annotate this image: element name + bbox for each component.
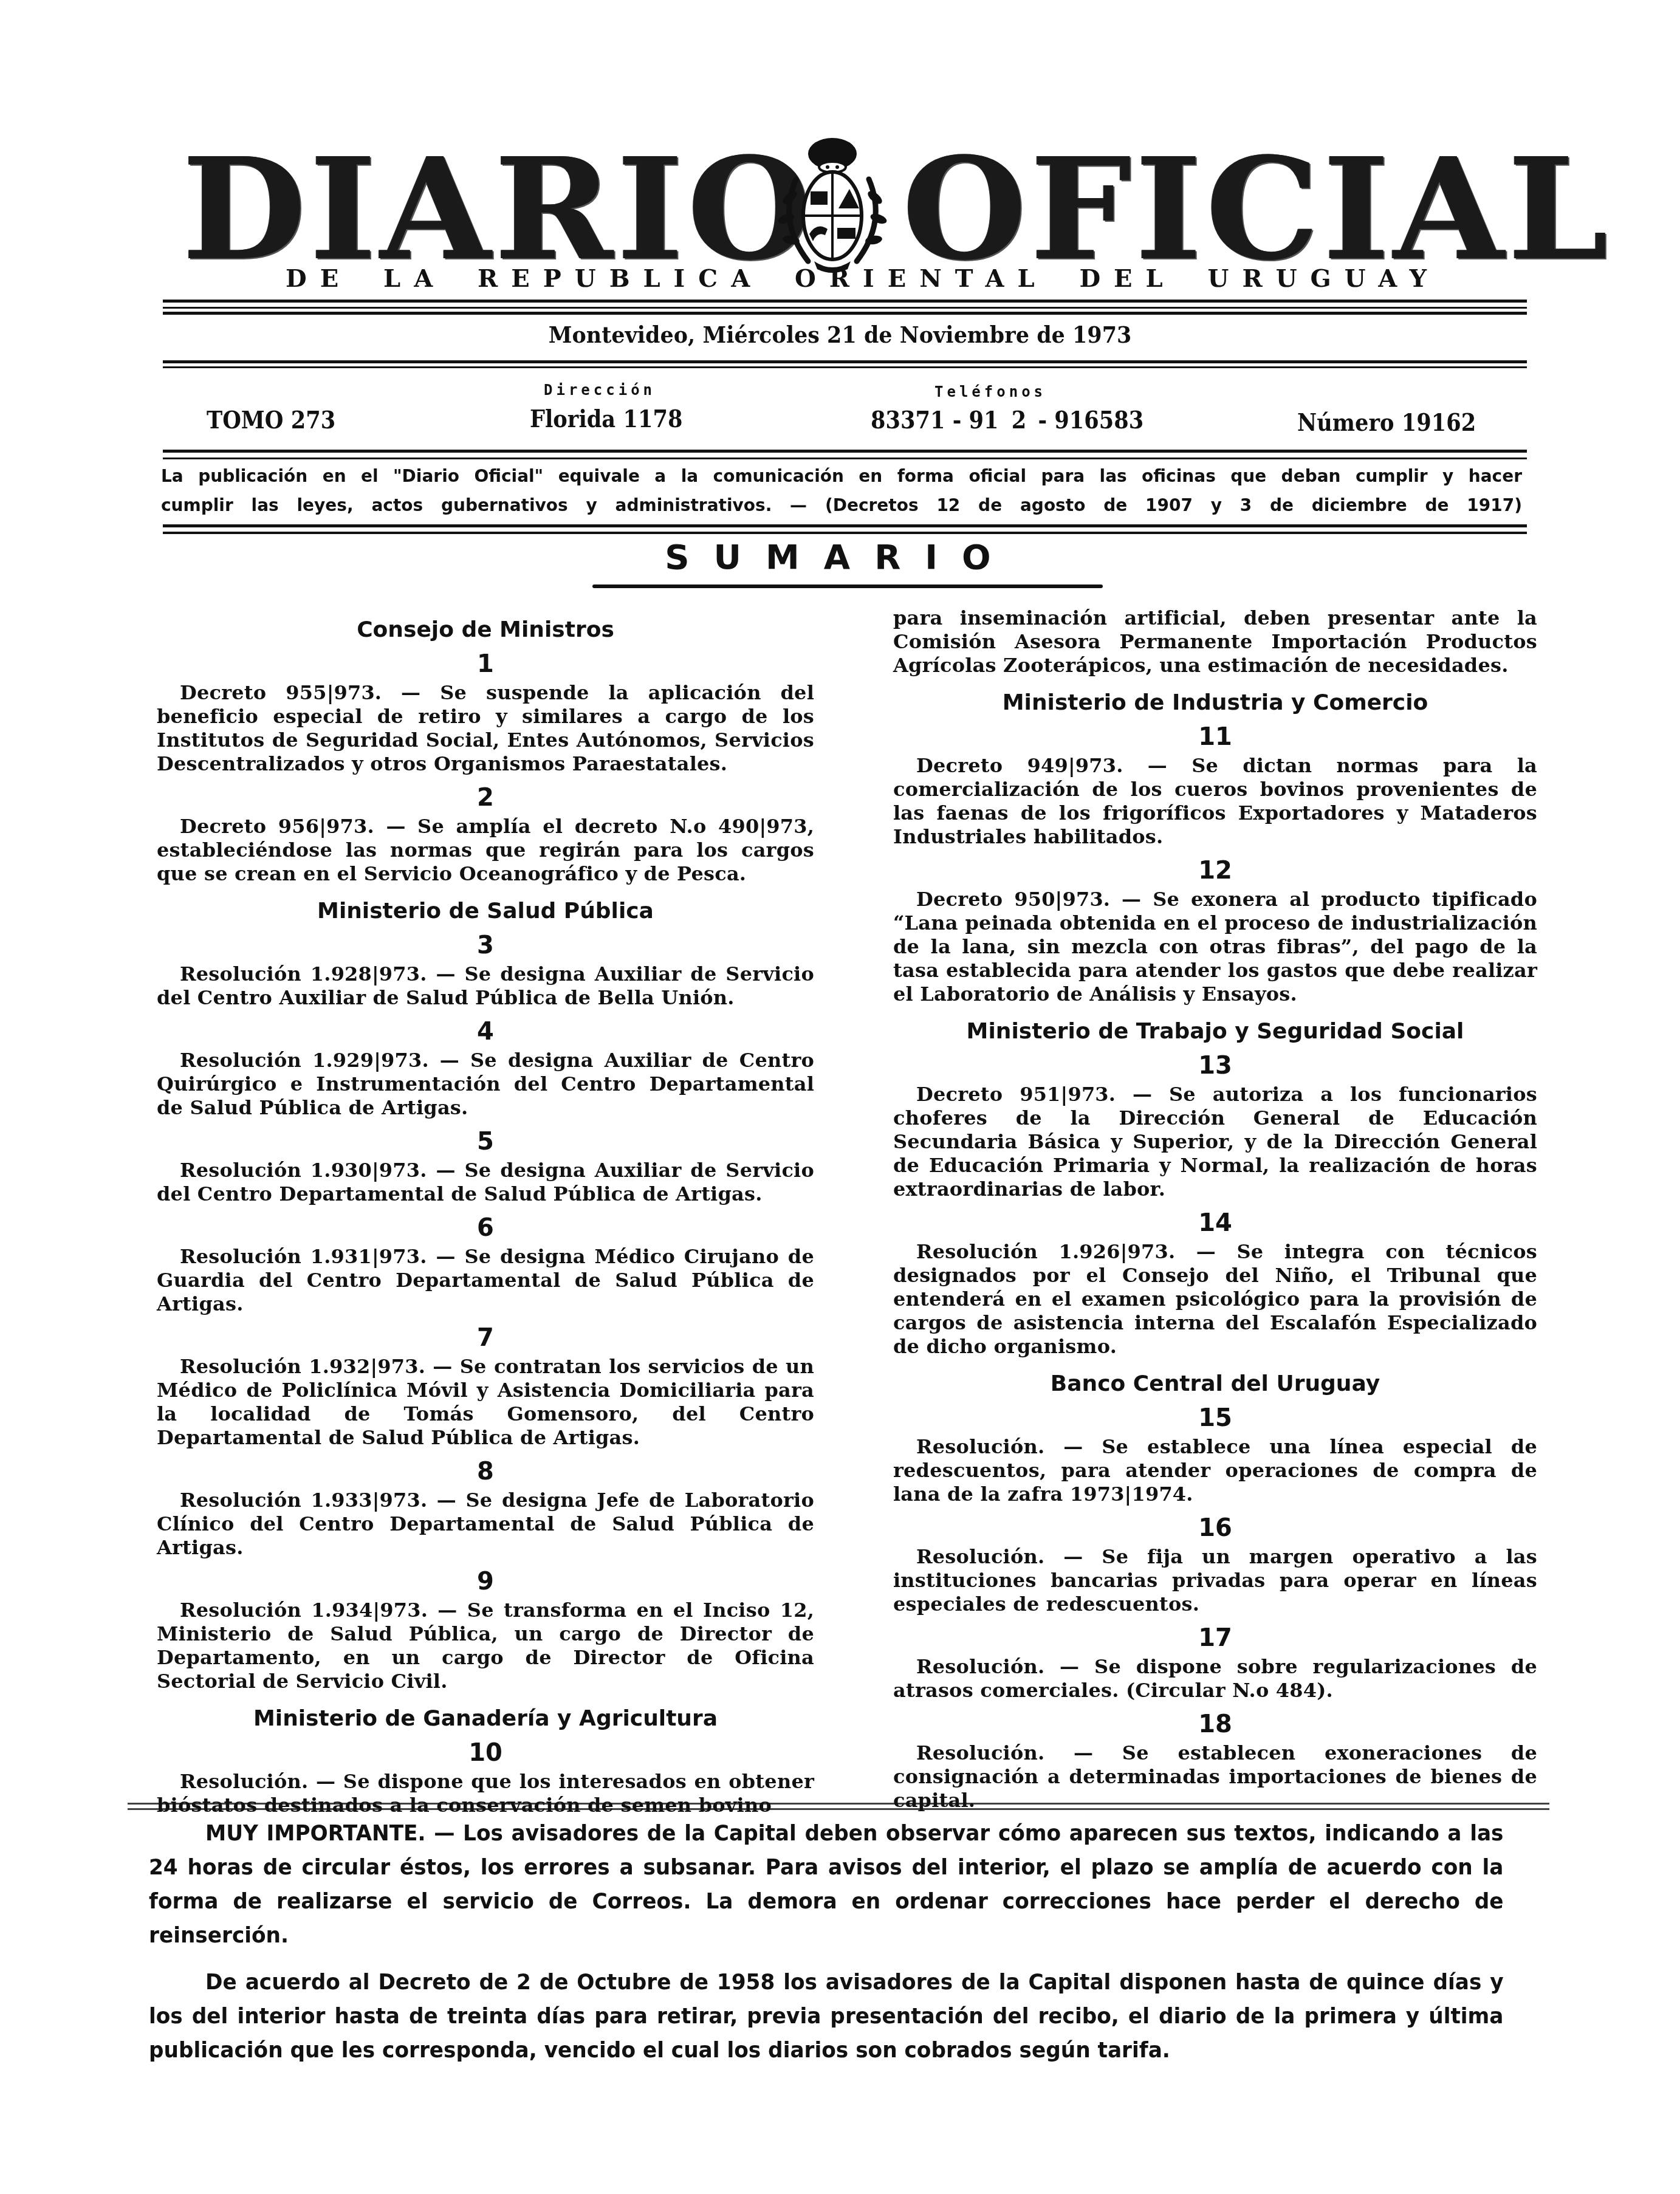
summary-item: Decreto 956|973. — Se amplía el decreto … [157, 815, 814, 886]
summary-underline [592, 584, 1103, 588]
subtitle-word: DEL [1079, 264, 1176, 295]
item-number: 10 [157, 1738, 814, 1767]
summary-item: Decreto 949|973. — Se dictan normas para… [893, 754, 1537, 849]
summary-item-continuation: para inseminación artificial, deben pres… [893, 606, 1537, 677]
divider [163, 366, 1527, 368]
divider [163, 312, 1527, 315]
telefonos-value: 83371 - 91 2 - 916583 [871, 406, 1143, 434]
item-number: 15 [893, 1404, 1537, 1433]
summary-item: Resolución 1.930|973. — Se designa Auxil… [157, 1159, 814, 1206]
subtitle-word: URUGUAY [1208, 264, 1440, 295]
divider [163, 458, 1527, 459]
section-heading: Consejo de Ministros [157, 617, 814, 643]
summary-item: Decreto 951|973. — Se autoriza a los fun… [893, 1083, 1537, 1201]
divider [163, 524, 1527, 527]
item-number: 18 [893, 1710, 1537, 1739]
item-number: 9 [157, 1567, 814, 1596]
summary-item: Decreto 955|973. — Se suspende la aplica… [157, 681, 814, 776]
masthead: DIARIO [182, 131, 1531, 283]
legal-notice-line: cumplir las leyes, actos gubernativos y … [161, 491, 1522, 520]
item-number: 13 [893, 1051, 1537, 1080]
divider [128, 1808, 1549, 1810]
tomo-number: TOMO 273 [207, 406, 335, 434]
item-number: 7 [157, 1323, 814, 1352]
item-number: 16 [893, 1514, 1537, 1543]
divider [163, 532, 1527, 534]
subtitle-word: DE [286, 264, 352, 295]
issue-date: Montevideo, Miércoles 21 de Noviembre de… [67, 321, 1613, 348]
subtitle-word: LA [383, 264, 446, 295]
masthead-title-diario: DIARIO [182, 138, 766, 281]
notice-decreto-1958: De acuerdo al Decreto de 2 de Octubre de… [149, 1966, 1504, 2068]
summary-left-column: Consejo de Ministros1Decreto 955|973. — … [157, 605, 814, 1825]
item-number: 1 [157, 650, 814, 679]
summary-title: SUMARIO [0, 538, 1680, 577]
summary-item: Resolución 1.933|973. — Se designa Jefe … [157, 1489, 814, 1560]
issue-number: Número 19162 [1297, 408, 1476, 437]
masthead-subtitle: DE LA REPUBLICA ORIENTAL DEL URUGUAY [286, 264, 1440, 295]
divider [163, 360, 1527, 363]
summary-item: Resolución 1.931|973. — Se designa Médic… [157, 1245, 814, 1316]
item-number: 11 [893, 722, 1537, 752]
summary-item: Resolución. — Se establecen exoneracione… [893, 1741, 1537, 1812]
summary-item: Resolución 1.926|973. — Se integra con t… [893, 1240, 1537, 1359]
summary-item: Resolución 1.934|973. — Se transforma en… [157, 1599, 814, 1693]
subtitle-word: REPUBLICA [478, 264, 763, 295]
summary-item: Resolución. — Se fija un margen operativ… [893, 1545, 1537, 1616]
summary-item: Decreto 950|973. — Se exonera al product… [893, 888, 1537, 1006]
item-number: 4 [157, 1017, 814, 1046]
section-heading: Ministerio de Industria y Comercio [893, 690, 1537, 716]
section-heading: Ministerio de Trabajo y Seguridad Social [893, 1018, 1537, 1045]
item-number: 6 [157, 1213, 814, 1243]
direccion-label: Dirección [544, 382, 656, 399]
summary-item: Resolución. — Se establece una línea esp… [893, 1435, 1537, 1506]
divider [128, 1803, 1549, 1805]
uruguay-coat-of-arms-icon [772, 131, 893, 276]
item-number: 8 [157, 1457, 814, 1486]
item-number: 5 [157, 1127, 814, 1156]
item-number: 12 [893, 856, 1537, 885]
summary-item: Resolución. — Se dispone que los interes… [157, 1770, 814, 1817]
section-heading: Banco Central del Uruguay [893, 1371, 1537, 1397]
masthead-title-oficial: OFICIAL [902, 138, 1534, 281]
section-heading: Ministerio de Salud Pública [157, 898, 814, 925]
section-heading: Ministerio de Ganadería y Agricultura [157, 1705, 814, 1732]
item-number: 3 [157, 931, 814, 960]
legal-notice-line: La publicación en el "Diario Oficial" eq… [161, 462, 1522, 491]
telefonos-label: Teléfonos [934, 383, 1046, 400]
item-number: 17 [893, 1623, 1537, 1653]
summary-right-column: para inseminación artificial, deben pres… [893, 606, 1537, 1820]
divider [163, 300, 1527, 303]
summary-item: Resolución 1.928|973. — Se designa Auxil… [157, 962, 814, 1010]
legal-notice: La publicación en el "Diario Oficial" eq… [161, 462, 1522, 520]
divider [163, 450, 1527, 453]
item-number: 2 [157, 783, 814, 812]
subtitle-word: ORIENTAL [795, 264, 1048, 295]
notice-muy-importante: MUY IMPORTANTE. — Los avisadores de la C… [149, 1817, 1504, 1953]
item-number: 14 [893, 1208, 1537, 1238]
summary-item: Resolución 1.932|973. — Se contratan los… [157, 1355, 814, 1450]
divider [163, 307, 1527, 309]
summary-item: Resolución 1.929|973. — Se designa Auxil… [157, 1049, 814, 1120]
summary-item: Resolución. — Se dispone sobre regulariz… [893, 1655, 1537, 1702]
direccion-value: Florida 1178 [530, 405, 682, 433]
